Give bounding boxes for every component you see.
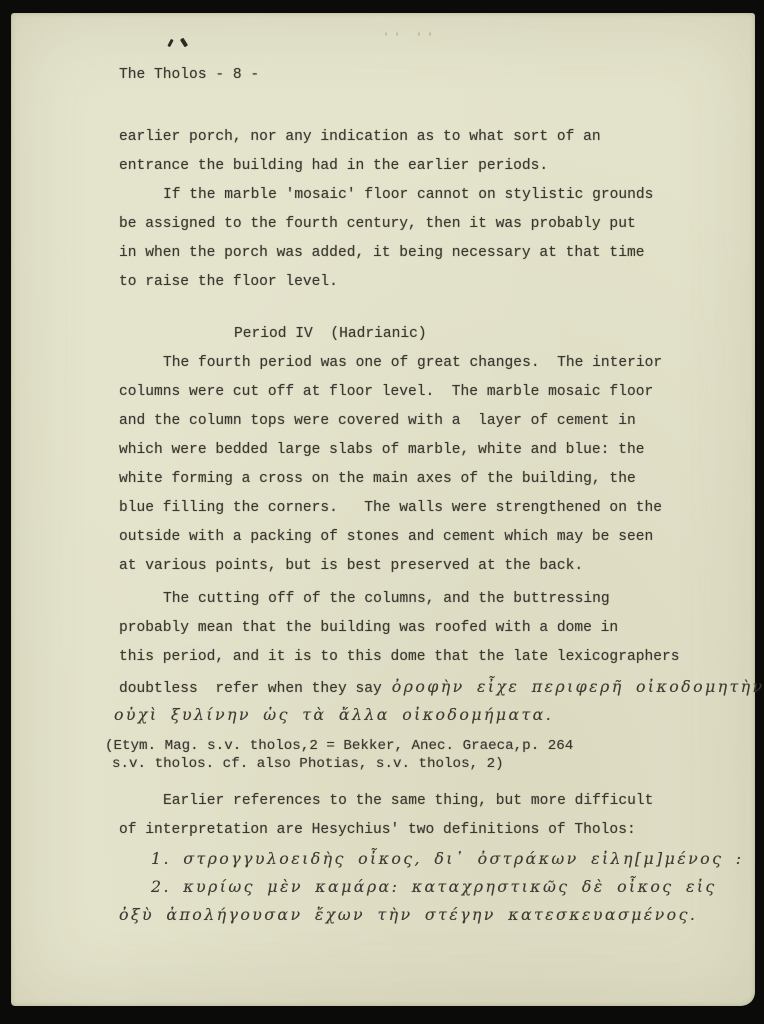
typescript-line: to raise the floor level. xyxy=(119,268,719,297)
photo-background: '' '' The Tholos - 8 - earlier porch, no… xyxy=(0,0,764,1024)
typescript-line: The fourth period was one of great chang… xyxy=(119,349,719,378)
footnote-line: (Etym. Mag. s.v. tholos,2 = Bekker, Anec… xyxy=(105,737,719,755)
typescript-line: columns were cut off at floor level. The… xyxy=(119,378,719,407)
typescript-line: outside with a packing of stones and cem… xyxy=(119,523,719,552)
greek-definition-handwriting: 1. στρογγυλοειδὴς οἶκος, δι᾽ ὀστράκων εἰ… xyxy=(119,845,719,873)
quote-line: doubtless refer when they sayὀροφὴν εἶχε… xyxy=(119,672,719,701)
document-page: '' '' The Tholos - 8 - earlier porch, no… xyxy=(11,13,755,1006)
page-header: The Tholos - 8 - xyxy=(119,67,259,83)
typescript-line: If the marble 'mosaic' floor cannot on s… xyxy=(119,181,719,210)
typescript-line: and the column tops were covered with a … xyxy=(119,407,719,436)
greek-quote-handwriting: οὐχὶ ξυλίνην ὡς τὰ ἄλλα οἰκοδομήματα. xyxy=(114,701,719,729)
typescript-body: earlier porch, nor any indication as to … xyxy=(119,123,719,929)
greek-quote-handwriting: ὀροφὴν εἶχε περιφερῆ οἰκοδομητὴν xyxy=(392,677,764,696)
typescript-line: earlier porch, nor any indication as to … xyxy=(119,123,719,152)
footnote-line: s.v. tholos. cf. also Photias, s.v. thol… xyxy=(112,755,719,773)
typescript-line: probably mean that the building was roof… xyxy=(119,614,719,643)
typescript-line: of interpretation are Hesychius' two def… xyxy=(119,816,719,845)
typescript-line: blue filling the corners. The walls were… xyxy=(119,494,719,523)
typescript-line: in when the porch was added, it being ne… xyxy=(119,239,719,268)
faint-pencil-marks: '' '' xyxy=(383,33,438,44)
typescript-line: which were bedded large slabs of marble,… xyxy=(119,436,719,465)
greek-definition-handwriting: ὀξὺ ἀπολήγουσαν ἔχων τὴν στέγην κατεσκευ… xyxy=(119,901,719,929)
typescript-line: Earlier references to the same thing, bu… xyxy=(119,787,719,816)
greek-definition-handwriting: 2. κυρίως μὲν καμάρα: καταχρηστικῶς δὲ ο… xyxy=(119,873,719,901)
section-heading: Period IV (Hadrianic) xyxy=(119,320,719,349)
quote-intro: doubtless refer when they say xyxy=(119,681,382,697)
typescript-line: this period, and it is to this dome that… xyxy=(119,643,719,672)
typescript-line: at various points, but is best preserved… xyxy=(119,552,719,581)
ink-smudge xyxy=(169,34,193,46)
typescript-line: entrance the building had in the earlier… xyxy=(119,152,719,181)
typescript-line: be assigned to the fourth century, then … xyxy=(119,210,719,239)
typescript-line: white forming a cross on the main axes o… xyxy=(119,465,719,494)
typescript-line: The cutting off of the columns, and the … xyxy=(119,585,719,614)
